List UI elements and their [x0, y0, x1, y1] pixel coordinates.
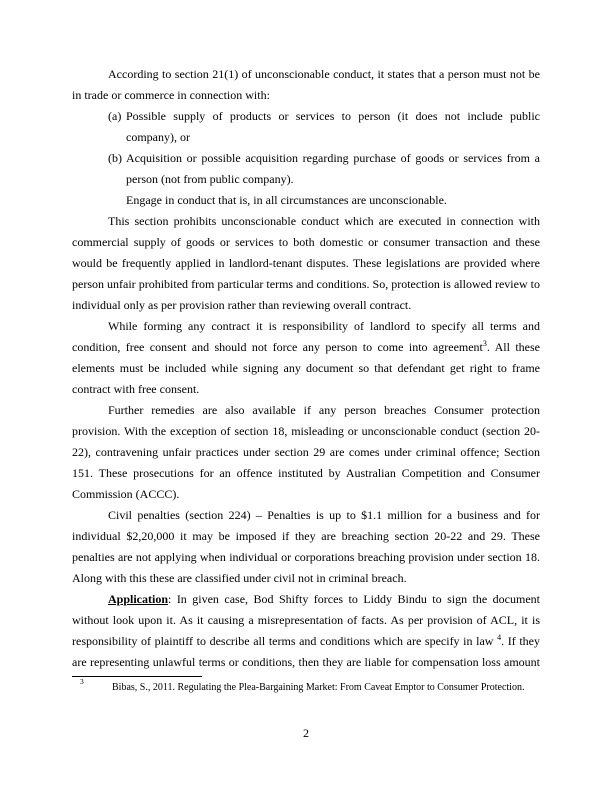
list-item-a: (a) Possible supply of products or servi… — [72, 106, 540, 148]
paragraph-contract-before: While forming any contract it is respons… — [72, 319, 540, 354]
application-heading: Application — [108, 592, 168, 606]
paragraph-penalties: Civil penalties (section 224) – Penaltie… — [72, 505, 540, 589]
body-text: According to section 21(1) of unconscion… — [72, 64, 540, 673]
paragraph-application: Application: In given case, Bod Shifty f… — [72, 589, 540, 673]
footnote: 3 Bibas, S., 2011. Regulating the Plea-B… — [72, 681, 540, 695]
document-page: According to section 21(1) of unconscion… — [0, 0, 612, 792]
paragraph-contract: While forming any contract it is respons… — [72, 316, 540, 400]
list-item-a-text: Possible supply of products or services … — [126, 109, 540, 144]
footnote-text: Bibas, S., 2011. Regulating the Plea-Bar… — [112, 682, 524, 693]
list-item-b: (b) Acquisition or possible acquisition … — [72, 148, 540, 190]
paragraph-remedies: Further remedies are also available if a… — [72, 400, 540, 505]
engage-line: Engage in conduct that is, in all circum… — [72, 190, 540, 211]
paragraph-penalties-text: Civil penalties (section 224) – Penaltie… — [72, 508, 540, 585]
paragraph-intro: According to section 21(1) of unconscion… — [72, 64, 540, 106]
paragraph-remedies-text: Further remedies are also available if a… — [72, 403, 540, 501]
paragraph-section-prohibits: This section prohibits unconscionable co… — [72, 211, 540, 316]
engage-line-text: Engage in conduct that is, in all circum… — [126, 193, 447, 207]
page-number: 2 — [0, 726, 612, 740]
paragraph-section-prohibits-text: This section prohibits unconscionable co… — [72, 214, 540, 312]
list-item-a-label: (a) — [108, 106, 121, 127]
footnote-separator — [72, 676, 202, 677]
list-item-b-label: (b) — [108, 148, 122, 169]
paragraph-intro-text: According to section 21(1) of unconscion… — [72, 67, 540, 102]
list-item-b-text: Acquisition or possible acquisition rega… — [126, 151, 540, 186]
